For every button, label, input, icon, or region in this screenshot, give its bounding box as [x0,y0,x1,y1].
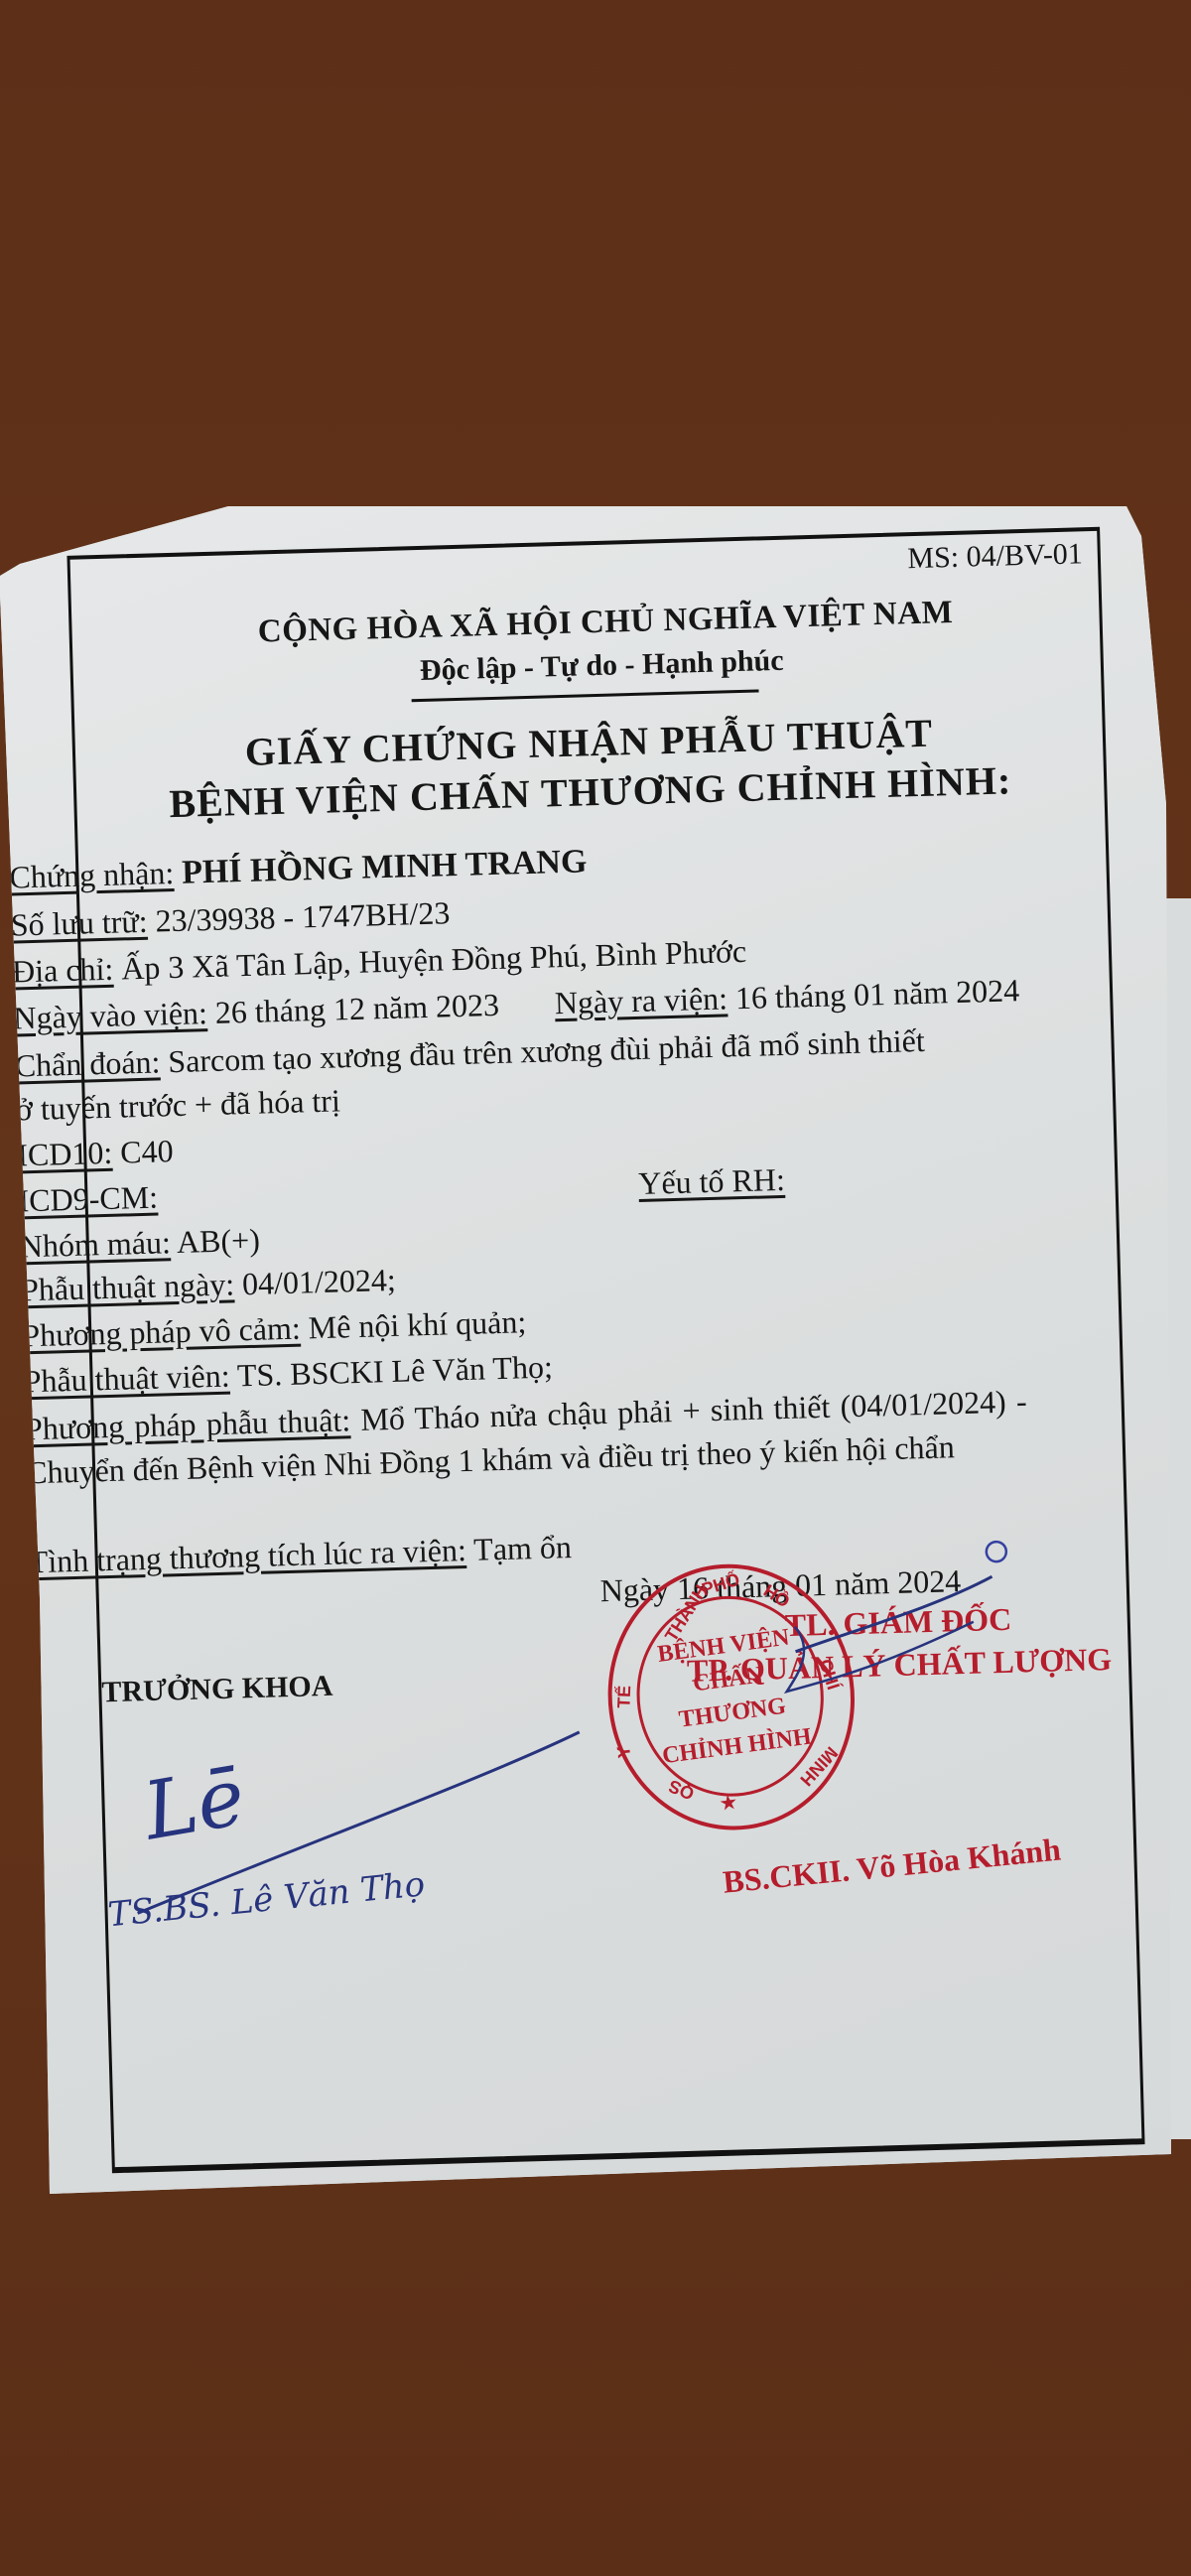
document-frame: MS: 04/BV-01 CỘNG HÒA XÃ HỘI CHỦ NGHĨA V… [66,527,1144,2173]
surgery-certificate: MS: 04/BV-01 CỘNG HÒA XÃ HỘI CHỦ NGHĨA V… [0,506,1171,2194]
signature-strokes [70,531,1142,2167]
